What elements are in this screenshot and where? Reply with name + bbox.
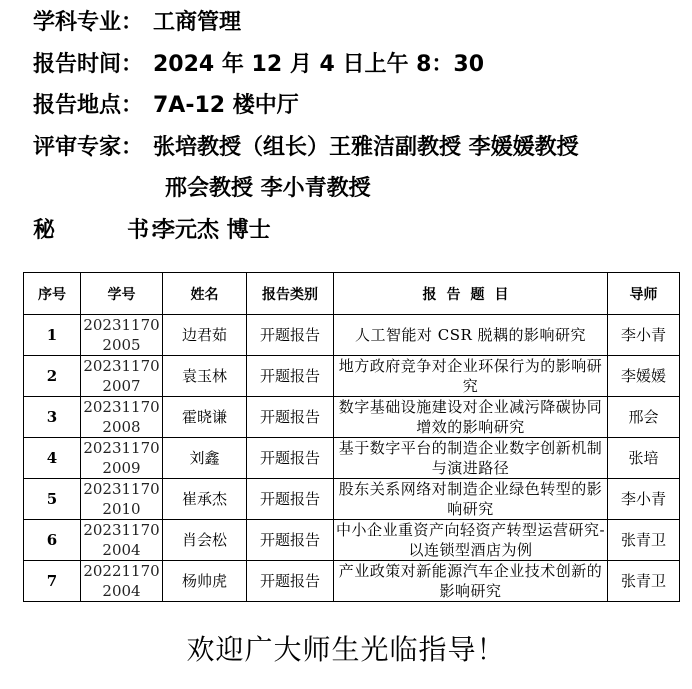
header-index: 序号: [24, 273, 81, 315]
row-name: 霍晓谦: [163, 397, 247, 438]
row-advisor: 张青卫: [608, 520, 680, 561]
report-info: 学科专业： 工商管理 报告时间： 2024 年 12 月 4 日上午 8：30 …: [33, 4, 579, 253]
row-student-id: 202311702004: [81, 520, 163, 561]
row-index: 7: [24, 561, 81, 602]
row-topic: 中小企业重资产向轻资产转型运营研究-以连锁型酒店为例: [334, 520, 608, 561]
experts-label: 评审专家：: [33, 129, 153, 171]
row-index: 2: [24, 356, 81, 397]
row-topic: 地方政府竞争对企业环保行为的影响研究: [334, 356, 608, 397]
row-name: 肖会松: [163, 520, 247, 561]
row-student-id: 202211702004: [81, 561, 163, 602]
row-student-id: 202311702009: [81, 438, 163, 479]
row-topic: 基于数字平台的制造企业数字创新机制与演进路径: [334, 438, 608, 479]
header-advisor: 导师: [608, 273, 680, 315]
row-name: 刘鑫: [163, 438, 247, 479]
row-index: 4: [24, 438, 81, 479]
student-id-part1: 20231170: [83, 357, 159, 375]
row-advisor: 邢会: [608, 397, 680, 438]
secretary-label-first: 秘: [33, 218, 55, 243]
row-report-type: 开题报告: [247, 356, 334, 397]
row-advisor: 张培: [608, 438, 680, 479]
table-row: 7 202211702004 杨帅虎 开题报告 产业政策对新能源汽车企业技术创新…: [24, 561, 680, 602]
row-topic: 人工智能对 CSR 脱耦的影响研究: [334, 315, 608, 356]
secretary-label: 秘书：: [33, 212, 153, 254]
row-topic: 股东关系网络对制造企业绿色转型的影响研究: [334, 479, 608, 520]
row-report-type: 开题报告: [247, 315, 334, 356]
student-id-part1: 20231170: [83, 480, 159, 498]
table-row: 3 202311702008 霍晓谦 开题报告 数字基础设施建设对企业减污降碳协…: [24, 397, 680, 438]
row-advisor: 张青卫: [608, 561, 680, 602]
student-id-part1: 20231170: [83, 398, 159, 416]
row-student-id: 202311702005: [81, 315, 163, 356]
row-topic: 数字基础设施建设对企业减污降碳协同增效的影响研究: [334, 397, 608, 438]
student-id-part1: 20231170: [83, 521, 159, 539]
place-value: 7A-12 楼中厅: [153, 87, 299, 129]
table-header-row: 序号 学号 姓名 报告类别 报告题目 导师: [24, 273, 680, 315]
major-label: 学科专业：: [33, 4, 153, 46]
row-index: 5: [24, 479, 81, 520]
time-line: 报告时间： 2024 年 12 月 4 日上午 8：30: [33, 46, 579, 88]
table-row: 6 202311702004 肖会松 开题报告 中小企业重资产向轻资产转型运营研…: [24, 520, 680, 561]
row-advisor: 李媛媛: [608, 356, 680, 397]
row-name: 袁玉林: [163, 356, 247, 397]
table-row: 2 202311702007 袁玉林 开题报告 地方政府竞争对企业环保行为的影响…: [24, 356, 680, 397]
major-line: 学科专业： 工商管理: [33, 4, 579, 46]
row-name: 边君茹: [163, 315, 247, 356]
header-report-type: 报告类别: [247, 273, 334, 315]
experts-line-2: 邢会教授 李小青教授: [33, 170, 579, 212]
header-student-id: 学号: [81, 273, 163, 315]
row-report-type: 开题报告: [247, 479, 334, 520]
header-name: 姓名: [163, 273, 247, 315]
row-student-id: 202311702007: [81, 356, 163, 397]
student-id-part2: 2008: [102, 418, 140, 436]
student-id-part2: 2005: [102, 336, 140, 354]
row-topic: 产业政策对新能源汽车企业技术创新的影响研究: [334, 561, 608, 602]
row-report-type: 开题报告: [247, 397, 334, 438]
student-id-part1: 20231170: [83, 439, 159, 457]
time-label: 报告时间：: [33, 46, 153, 88]
row-report-type: 开题报告: [247, 561, 334, 602]
report-schedule-table: 序号 学号 姓名 报告类别 报告题目 导师 1 202311702005 边君茹…: [23, 272, 680, 602]
row-advisor: 李小青: [608, 479, 680, 520]
welcome-footer: 欢迎广大师生光临指导！: [0, 628, 692, 668]
student-id-part1: 20231170: [83, 316, 159, 334]
row-report-type: 开题报告: [247, 438, 334, 479]
student-id-part2: 2004: [102, 582, 140, 600]
row-name: 杨帅虎: [163, 561, 247, 602]
experts-value-line2: 邢会教授 李小青教授: [165, 170, 371, 212]
time-value: 2024 年 12 月 4 日上午 8：30: [153, 46, 484, 88]
secretary-line: 秘书： 李元杰 博士: [33, 212, 579, 254]
student-id-part2: 2007: [102, 377, 140, 395]
student-id-part2: 2004: [102, 541, 140, 559]
place-label: 报告地点：: [33, 87, 153, 129]
table-row: 5 202311702010 崔承杰 开题报告 股东关系网络对制造企业绿色转型的…: [24, 479, 680, 520]
student-id-part2: 2009: [102, 459, 140, 477]
student-id-part1: 20221170: [83, 562, 159, 580]
major-value: 工商管理: [153, 4, 241, 46]
row-student-id: 202311702008: [81, 397, 163, 438]
table-row: 1 202311702005 边君茹 开题报告 人工智能对 CSR 脱耦的影响研…: [24, 315, 680, 356]
row-index: 3: [24, 397, 81, 438]
secretary-value: 李元杰 博士: [153, 212, 271, 254]
row-name: 崔承杰: [163, 479, 247, 520]
place-line: 报告地点： 7A-12 楼中厅: [33, 87, 579, 129]
row-student-id: 202311702010: [81, 479, 163, 520]
experts-value-line1: 张培教授（组长）王雅洁副教授 李媛媛教授: [153, 129, 579, 171]
row-index: 6: [24, 520, 81, 561]
table-row: 4 202311702009 刘鑫 开题报告 基于数字平台的制造企业数字创新机制…: [24, 438, 680, 479]
header-topic: 报告题目: [334, 273, 608, 315]
row-report-type: 开题报告: [247, 520, 334, 561]
student-id-part2: 2010: [102, 500, 140, 518]
experts-line: 评审专家： 张培教授（组长）王雅洁副教授 李媛媛教授: [33, 129, 579, 171]
row-index: 1: [24, 315, 81, 356]
row-advisor: 李小青: [608, 315, 680, 356]
